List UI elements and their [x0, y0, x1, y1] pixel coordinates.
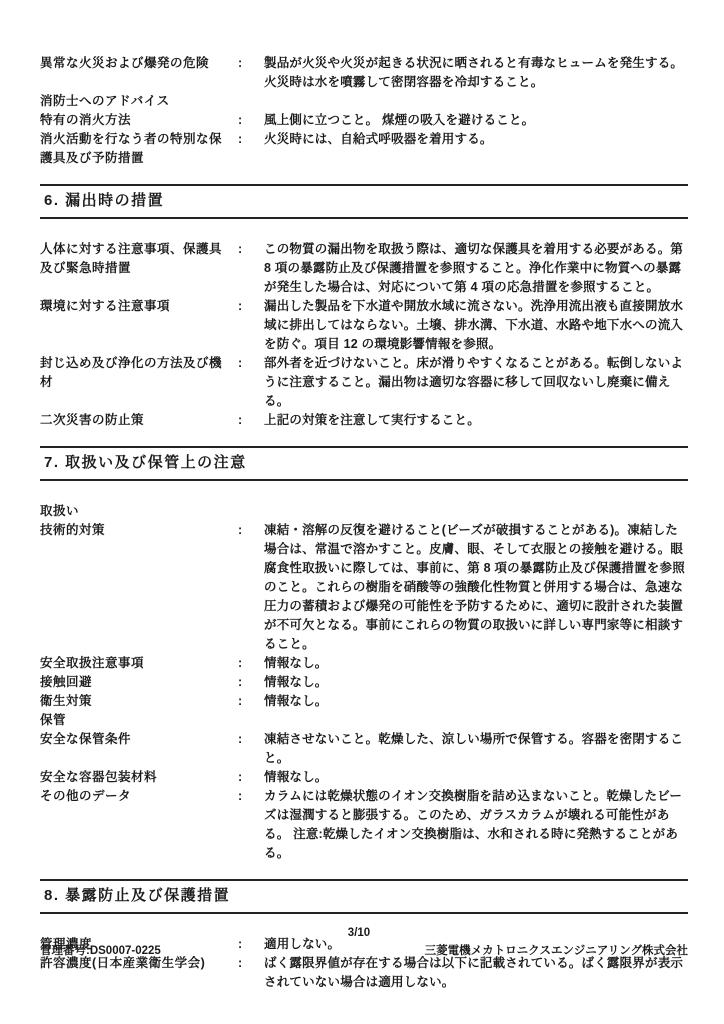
field-label: その他のデータ [40, 787, 232, 806]
field-value: 情報なし。 [264, 654, 688, 673]
field-label: 人体に対する注意事項、保護具及び緊急時措置 [40, 240, 232, 278]
field-value: 凍結させないこと。乾燥した、涼しい場所で保管する。容器を密閉すること。 [264, 730, 688, 768]
field-row: 二次災害の防止策:上記の対策を注意して実行すること。 [40, 411, 688, 430]
field-row: 衛生対策:情報なし。 [40, 692, 688, 711]
field-row: その他のデータ:カラムには乾燥状態のイオン交換樹脂を詰め込まないこと。乾燥したビ… [40, 787, 688, 863]
field-label: 二次災害の防止策 [40, 411, 232, 430]
field-row: 安全な保管条件:凍結させないこと。乾燥した、涼しい場所で保管する。容器を密閉する… [40, 730, 688, 768]
field-row: 特有の消火方法:風上側に立つこと。 煤煙の吸入を避けること。 [40, 111, 688, 130]
field-row: 環境に対する注意事項:漏出した製品を下水道や開放水域に流さない。洗浄用流出液も直… [40, 297, 688, 354]
footer-control-number: 管理番号:DS0007-0225 [40, 944, 161, 959]
section-firefighting-continued: 異常な火災および爆発の危険:製品が火災や火災が起きる状況に晒されると有毒なヒュー… [40, 54, 688, 168]
field-label: 特有の消火方法 [40, 111, 232, 130]
field-value: ばく露限界値が存在する場合は以下に記載されている。ばく露限界が表示されていない場… [264, 954, 688, 992]
field-colon: : [232, 730, 264, 749]
field-label: 安全取扱注意事項 [40, 654, 232, 673]
field-label: 消火活動を行なう者の特別な保護具及び予防措置 [40, 130, 232, 168]
field-label: 取扱い [40, 502, 232, 521]
field-label: 安全な保管条件 [40, 730, 232, 749]
field-row: 人体に対する注意事項、保護具及び緊急時措置:この物質の漏出物を取扱う際は、適切な… [40, 240, 688, 297]
field-row: 保管 [40, 711, 688, 730]
field-label: 保管 [40, 711, 232, 730]
field-label: 技術的対策 [40, 521, 232, 540]
field-label: 環境に対する注意事項 [40, 297, 232, 316]
section-6-spill-measures-rows: 人体に対する注意事項、保護具及び緊急時措置:この物質の漏出物を取扱う際は、適切な… [40, 240, 688, 430]
field-row: 安全な容器包装材料:情報なし。 [40, 768, 688, 787]
field-colon: : [232, 787, 264, 806]
field-label: 封じ込め及び浄化の方法及び機材 [40, 354, 232, 392]
field-row: 接触回避:情報なし。 [40, 673, 688, 692]
field-label: 消防士へのアドバイス [40, 92, 232, 111]
section-7-handling-storage-rows: 取扱い技術的対策:凍結・溶解の反復を避けること(ビーズが破損することがある)。凍… [40, 502, 688, 863]
section-7-handling-storage: 7. 取扱い及び保管上の注意取扱い技術的対策:凍結・溶解の反復を避けること(ビー… [40, 446, 688, 863]
footer-row: 管理番号:DS0007-0225 三菱電機メカトロニクスエンジニアリング株式会社 [40, 944, 688, 959]
field-value: 火災時には、自給式呼吸器を着用する。 [264, 130, 688, 149]
field-row: 封じ込め及び浄化の方法及び機材:部外者を近づけないこと。床が滑りやすくなることが… [40, 354, 688, 411]
field-row: 異常な火災および爆発の危険:製品が火災や火災が起きる状況に晒されると有毒なヒュー… [40, 54, 688, 92]
field-colon: : [232, 111, 264, 130]
field-colon: : [232, 768, 264, 787]
field-colon: : [232, 692, 264, 711]
field-value: カラムには乾燥状態のイオン交換樹脂を詰め込まないこと。乾燥したビーズは湿潤すると… [264, 787, 688, 863]
section-8-exposure-protection-heading: 8. 暴露防止及び保護措置 [40, 879, 688, 914]
field-value: 上記の対策を注意して実行すること。 [264, 411, 688, 430]
field-value: 情報なし。 [264, 673, 688, 692]
field-colon: : [232, 240, 264, 259]
field-label: 接触回避 [40, 673, 232, 692]
field-colon: : [232, 411, 264, 430]
field-row: 技術的対策:凍結・溶解の反復を避けること(ビーズが破損することがある)。凍結した… [40, 521, 688, 654]
field-value: 部外者を近づけないこと。床が滑りやすくなることがある。転倒しないように注意するこ… [264, 354, 688, 411]
footer-company: 三菱電機メカトロニクスエンジニアリング株式会社 [425, 944, 688, 959]
section-firefighting-continued-rows: 異常な火災および爆発の危険:製品が火災や火災が起きる状況に晒されると有毒なヒュー… [40, 54, 688, 168]
field-value: 漏出した製品を下水道や開放水域に流さない。洗浄用流出液も直接開放水域に排出しては… [264, 297, 688, 354]
field-label: 安全な容器包装材料 [40, 768, 232, 787]
section-6-spill-measures: 6. 漏出時の措置人体に対する注意事項、保護具及び緊急時措置:この物質の漏出物を… [40, 184, 688, 430]
field-colon: : [232, 54, 264, 73]
field-row: 取扱い [40, 502, 688, 521]
field-label: 異常な火災および爆発の危険 [40, 54, 232, 73]
field-colon: : [232, 654, 264, 673]
field-colon: : [232, 130, 264, 149]
section-6-spill-measures-heading: 6. 漏出時の措置 [40, 184, 688, 219]
section-7-handling-storage-heading: 7. 取扱い及び保管上の注意 [40, 446, 688, 481]
sds-document-page: 異常な火災および爆発の危険:製品が火災や火災が起きる状況に晒されると有毒なヒュー… [0, 0, 724, 1024]
field-colon: : [232, 297, 264, 316]
field-row: 許容濃度(日本産業衛生学会):ばく露限界値が存在する場合は以下に記載されている。… [40, 954, 688, 992]
field-value: 情報なし。 [264, 768, 688, 787]
document-content: 異常な火災および爆発の危険:製品が火災や火災が起きる状況に晒されると有毒なヒュー… [40, 54, 688, 992]
field-label: 衛生対策 [40, 692, 232, 711]
field-colon: : [232, 354, 264, 373]
field-colon: : [232, 673, 264, 692]
page-number: 3/10 [40, 926, 688, 941]
field-row: 消防士へのアドバイス [40, 92, 688, 111]
field-value: この物質の漏出物を取扱う際は、適切な保護具を着用する必要がある。第 8 項の暴露… [264, 240, 688, 297]
field-value: 情報なし。 [264, 692, 688, 711]
field-value: 凍結・溶解の反復を避けること(ビーズが破損することがある)。凍結した場合は、常温… [264, 521, 688, 654]
field-row: 安全取扱注意事項:情報なし。 [40, 654, 688, 673]
field-row: 消火活動を行なう者の特別な保護具及び予防措置:火災時には、自給式呼吸器を着用する… [40, 130, 688, 168]
field-value: 製品が火災や火災が起きる状況に晒されると有毒なヒュームを発生する。火災時は水を噴… [264, 54, 688, 92]
page-footer: 3/10 管理番号:DS0007-0225 三菱電機メカトロニクスエンジニアリン… [40, 926, 688, 959]
field-value: 風上側に立つこと。 煤煙の吸入を避けること。 [264, 111, 688, 130]
field-colon: : [232, 521, 264, 540]
